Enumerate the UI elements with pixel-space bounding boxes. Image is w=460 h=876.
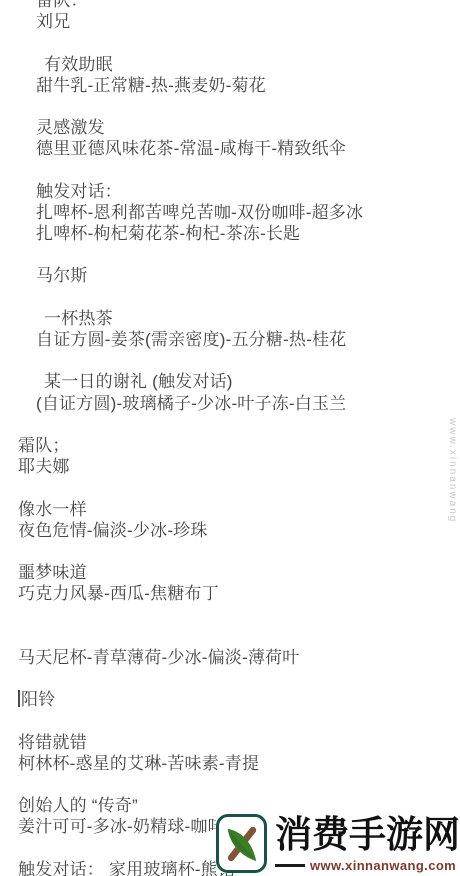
text-line: 扎啤杯-枸杞菊花茶-枸杞-茶冻-长匙: [0, 223, 460, 244]
text-line: 柯林杯-惑星的艾琳-苦味素-青提: [0, 753, 460, 774]
text-line: 将错就错: [0, 732, 460, 753]
article-text: 雷队：刘兄有效助眠甜牛乳-正常糖-热-燕麦奶-菊花灵感激发德里亚德风味花茶-常温…: [0, 0, 460, 876]
text-cursor: [18, 690, 20, 707]
site-url-row: www.xinnanwang.com: [275, 858, 460, 872]
blank-line: [0, 244, 460, 265]
text-line: 一杯热茶: [0, 308, 460, 329]
text-line: 马天尼杯-青草薄荷-少冰-偏淡-薄荷叶: [0, 647, 460, 668]
text-line: (自证方圆)-玻璃橘子-少冰-叶子冻-白玉兰: [0, 393, 460, 414]
logo-text-block: 消费手游网 www.xinnanwang.com: [275, 814, 460, 873]
text-line: 雷队：: [0, 0, 460, 11]
blank-line: [0, 350, 460, 371]
text-line: 灵感激发: [0, 117, 460, 138]
blank-line: [0, 32, 460, 53]
text-line: 马尔斯: [0, 265, 460, 286]
text-line: 自证方圆-姜茶(需亲密度)-五分糖-热-桂花: [0, 329, 460, 350]
blank-line: [0, 96, 460, 117]
text-line: 甜牛乳-正常糖-热-燕麦奶-菊花: [0, 75, 460, 96]
text-line: 巧克力风暴-西瓜-焦糖布丁: [0, 583, 460, 604]
stick-and-leaf-icon: [223, 823, 261, 865]
blank-line: [0, 414, 460, 435]
blank-line: [0, 626, 460, 647]
logo-badge: [216, 814, 267, 873]
blank-line: [0, 477, 460, 498]
text-line: 像水一样: [0, 499, 460, 520]
blank-line: [0, 541, 460, 562]
text-line: 夜色危情-偏淡-少冰-珍珠: [0, 520, 460, 541]
blank-line: [0, 160, 460, 181]
site-logo: 消费手游网 www.xinnanwang.com: [216, 814, 460, 873]
side-watermark: www.xinnanwang: [447, 418, 458, 523]
text-line: 耶夫娜: [0, 456, 460, 477]
url-left-dash: [275, 864, 305, 867]
text-line: 霜队；: [0, 435, 460, 456]
blank-line: [0, 710, 460, 731]
text-line: 扎啤杯-恩利都苦啤兑苦咖-双份咖啡-超多冰: [0, 202, 460, 223]
site-name: 消费手游网: [275, 814, 460, 857]
blank-line: [0, 604, 460, 625]
text-line: 触发对话：: [0, 181, 460, 202]
text-line: 某一日的谢礼 (触发对话): [0, 371, 460, 392]
text-line: 阳铃: [0, 689, 460, 710]
blank-line: [0, 774, 460, 795]
text-line: 刘兄: [0, 11, 460, 32]
blank-line: [0, 287, 460, 308]
text-line: 德里亚德风味花茶-常温-咸梅干-精致纸伞: [0, 138, 460, 159]
text-line: 有效助眠: [0, 54, 460, 75]
text-line: 噩梦味道: [0, 562, 460, 583]
site-url: www.xinnanwang.com: [305, 858, 460, 873]
blank-line: [0, 668, 460, 689]
